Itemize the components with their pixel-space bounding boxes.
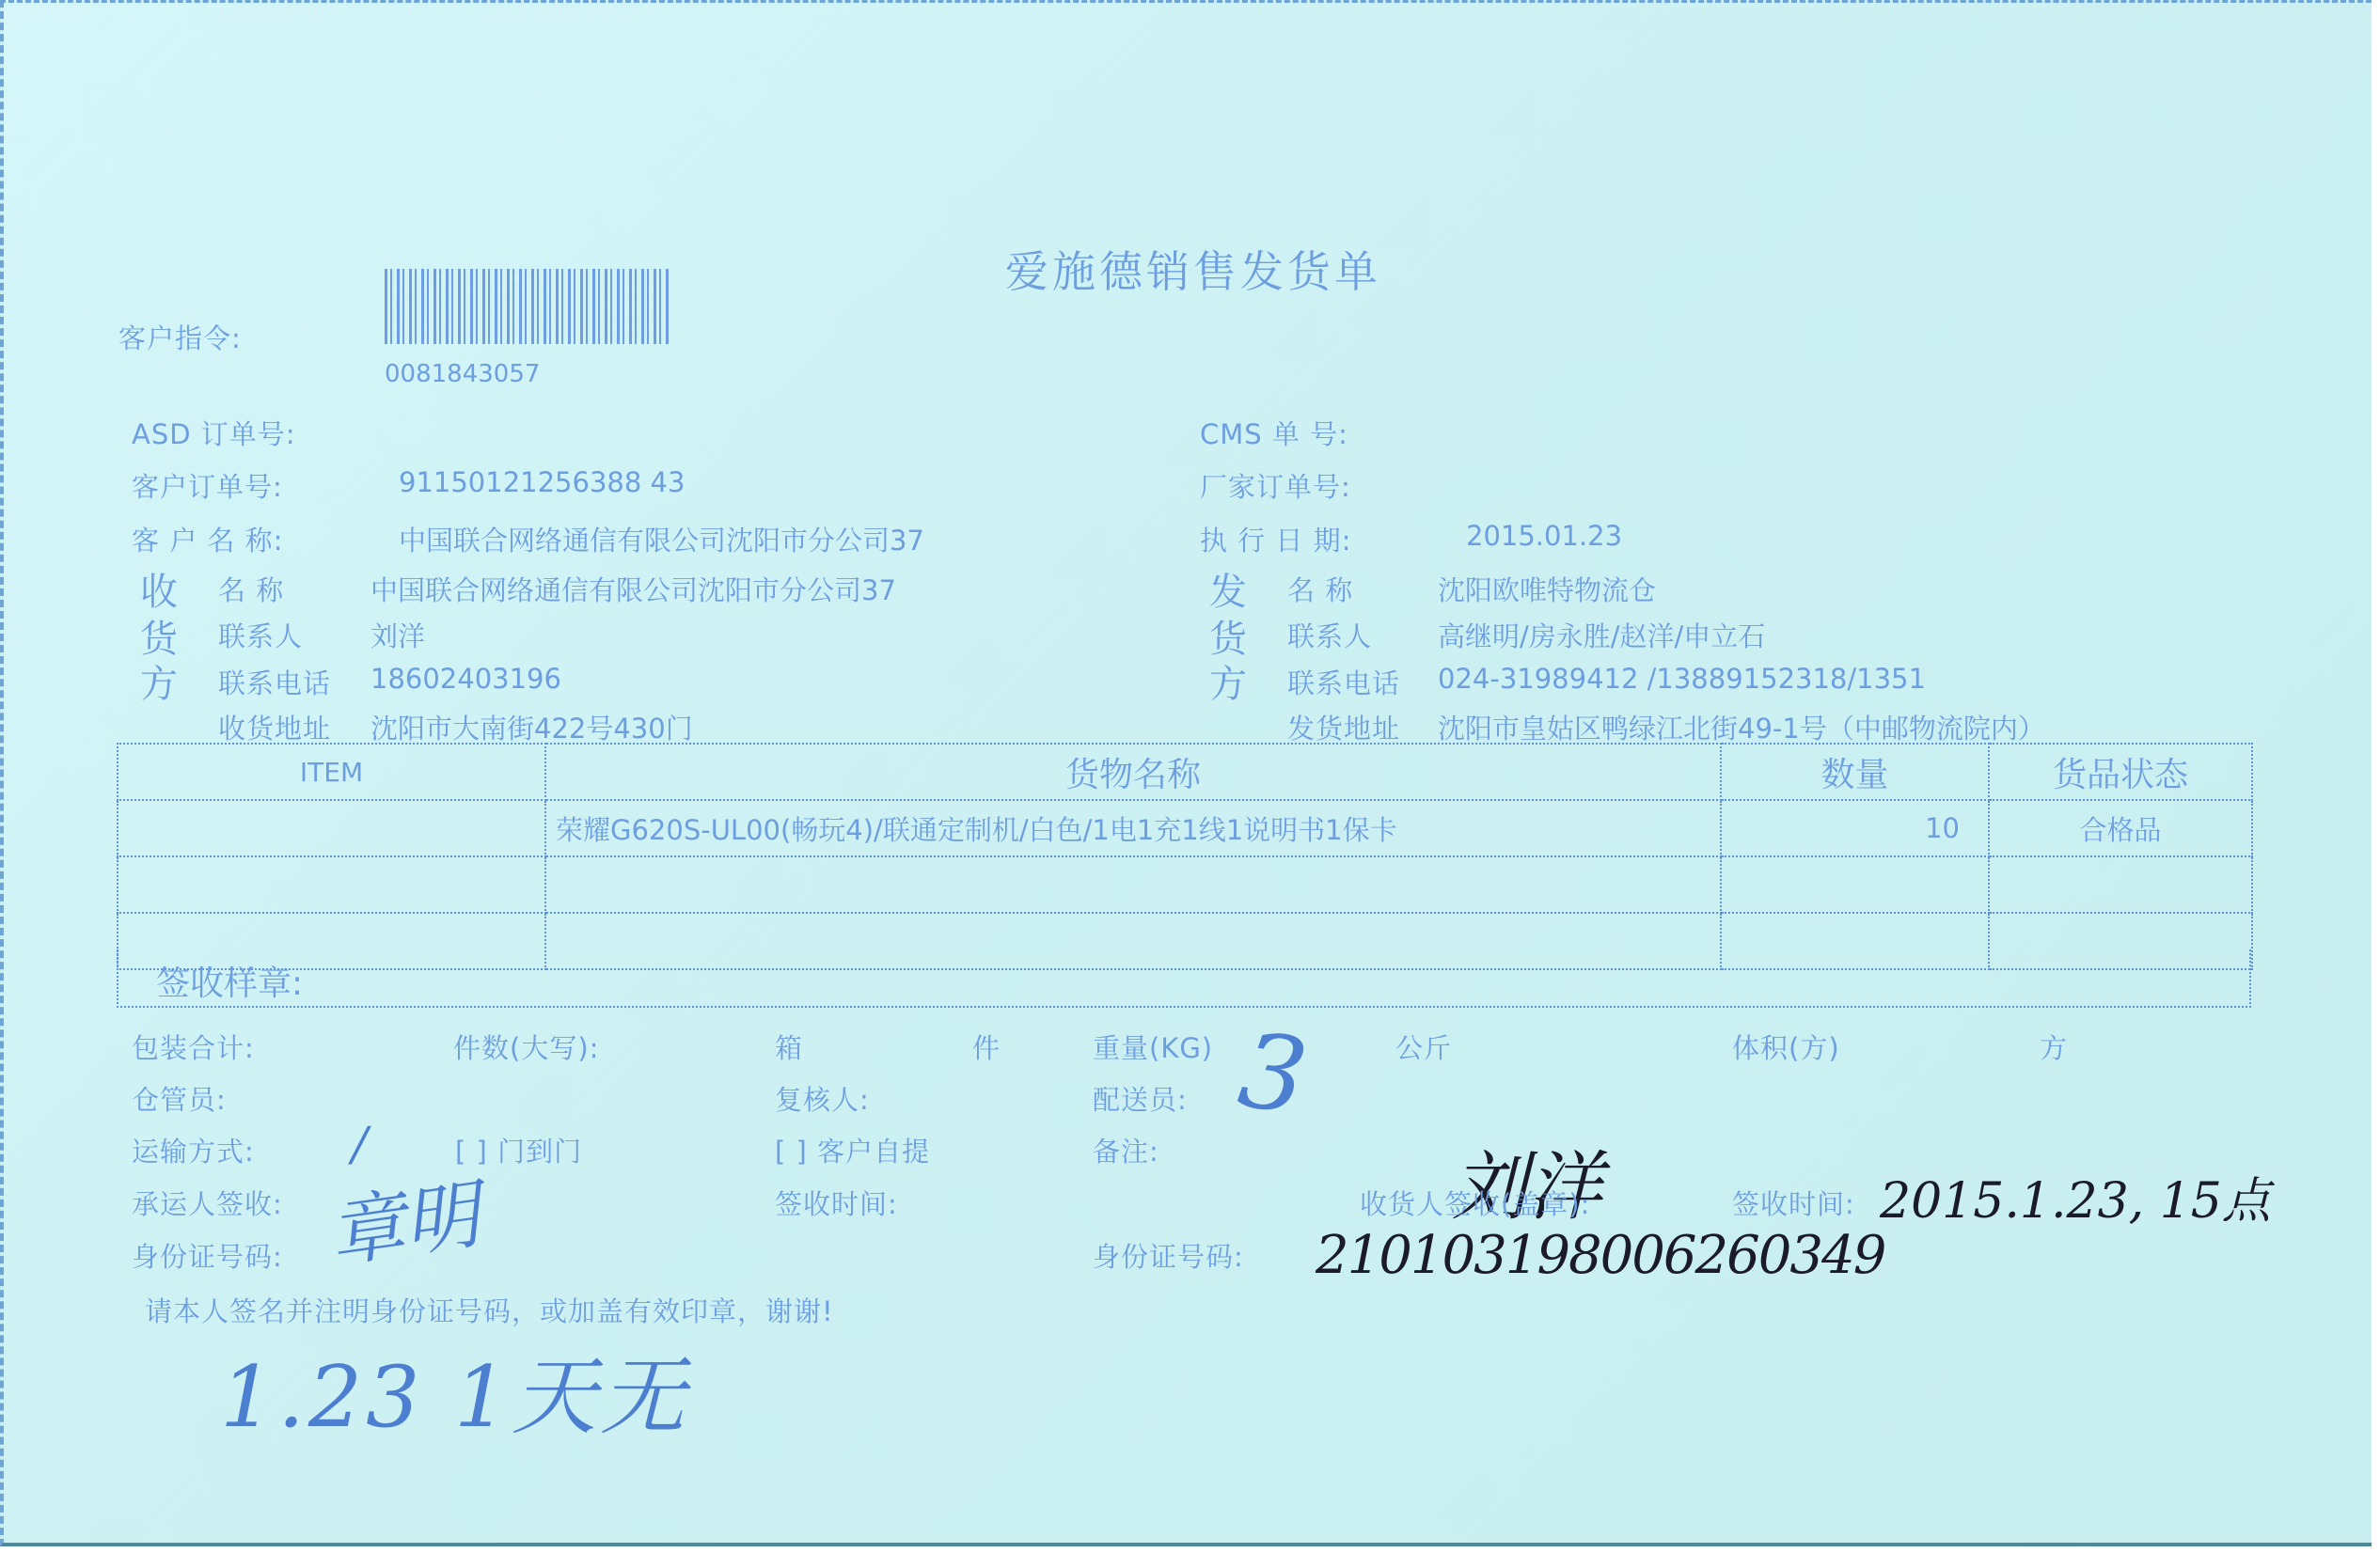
self-pickup-option[interactable]: [ ] 客户自提	[775, 1131, 930, 1169]
weight-label: 重量(KG)	[1093, 1027, 1213, 1066]
door-to-door-option[interactable]: [ ] 门到门	[455, 1131, 582, 1169]
cell-quantity: 10	[1721, 800, 1989, 856]
signature-notice: 请本人签名并注明身份证号码，或加盖有效印章，谢谢!	[145, 1291, 834, 1329]
sender-name-value: 沈阳欧唯特物流仓	[1438, 570, 1656, 608]
customer-instruction-label: 客户指令:	[118, 318, 242, 356]
customer-name-value: 中国联合网络通信有限公司沈阳市分公司37	[399, 520, 924, 558]
kg-unit: 公斤	[1395, 1027, 1452, 1066]
pieces-caps-label: 件数(大写):	[453, 1027, 599, 1066]
sender-contact-label: 联系人	[1287, 616, 1372, 654]
column-header-goods-name: 货物名称	[545, 744, 1721, 800]
receiver-address-label: 收货地址	[218, 708, 331, 746]
carrier-sign-label: 承运人签收:	[132, 1184, 283, 1222]
sender-phone-label: 联系电话	[1287, 663, 1400, 701]
receiver-name-label: 名 称	[218, 570, 284, 608]
receiver-name-value: 中国联合网络通信有限公司沈阳市分公司37	[370, 570, 896, 608]
volume-label: 体积(方)	[1732, 1027, 1840, 1066]
exec-date-label: 执 行 日 期:	[1200, 520, 1351, 558]
cell-item	[118, 856, 545, 913]
column-header-quantity: 数量	[1721, 744, 1989, 800]
cell-status: 合格品	[1989, 800, 2252, 856]
cell-item	[118, 800, 545, 856]
receiver-side-label-3: 方	[140, 654, 178, 708]
stamp-area: 签收样章:	[117, 949, 2251, 1008]
sender-phone-value: 024-31989412 /13889152318/1351	[1438, 663, 1926, 695]
sender-address-value: 沈阳市皇姑区鸭绿江北街49-1号（中邮物流院内）	[1438, 708, 2045, 746]
sender-side-label-1: 发	[1209, 562, 1247, 616]
remarks-label: 备注:	[1093, 1131, 1159, 1169]
cell-quantity	[1721, 856, 1989, 913]
delivery-note-paper: 爱施德销售发货单 客户指令: 0081843057 ASD 订单号: 客户订单号…	[0, 0, 2372, 1546]
document-title: 爱施德销售发货单	[1005, 238, 1381, 300]
table-row: 荣耀G620S-UL00(畅玩4)/联通定制机/白色/1电1充1线1说明书1保卡…	[118, 800, 2252, 856]
warehouse-keeper-label: 仓管员:	[132, 1079, 227, 1118]
customer-order-label: 客户订单号:	[132, 466, 283, 505]
transport-handwritten-mark: /	[352, 1117, 368, 1171]
table-row	[118, 856, 2252, 913]
barcode-image	[385, 269, 671, 344]
deliverer-label: 配送员:	[1093, 1079, 1188, 1118]
customer-order-value: 91150121256388 43	[399, 466, 685, 498]
receiver-phone-value: 18602403196	[370, 663, 561, 695]
carrier-id-label: 身份证号码:	[132, 1236, 283, 1275]
sender-address-label: 发货地址	[1287, 708, 1400, 746]
sender-contact-value: 高继明/房永胜/赵洋/申立石	[1438, 616, 1765, 654]
cell-status	[1989, 856, 2252, 913]
receiver-sign-label: 收货人签收(盖章):	[1360, 1184, 1590, 1222]
asd-order-label: ASD 订单号:	[132, 414, 296, 452]
receiver-address-value: 沈阳市大南街422号430门	[370, 708, 693, 746]
reviewer-label: 复核人:	[775, 1079, 870, 1118]
table-header-row: ITEM 货物名称 数量 货品状态	[118, 744, 2252, 800]
box-unit: 箱	[775, 1027, 803, 1066]
column-header-status: 货品状态	[1989, 744, 2252, 800]
column-header-item: ITEM	[118, 744, 545, 800]
transport-label: 运输方式:	[132, 1131, 255, 1169]
volume-unit: 方	[2040, 1027, 2068, 1066]
customer-name-label: 客 户 名 称:	[132, 520, 283, 558]
items-table: ITEM 货物名称 数量 货品状态 荣耀G620S-UL00(畅玩4)/联通定制…	[117, 743, 2253, 970]
cell-goods-name: 荣耀G620S-UL00(畅玩4)/联通定制机/白色/1电1充1线1说明书1保卡	[545, 800, 1721, 856]
cell-goods-name	[545, 856, 1721, 913]
package-total-label: 包装合计:	[132, 1027, 255, 1066]
cms-order-label: CMS 单 号:	[1200, 414, 1348, 452]
barcode-number: 0081843057	[385, 360, 540, 388]
receiver-side-label-1: 收	[140, 562, 178, 616]
receiver-contact-value: 刘洋	[370, 616, 425, 654]
bottom-handwritten-note: 1.23 1天无	[220, 1328, 688, 1451]
piece-unit: 件	[972, 1027, 1001, 1066]
stamp-label: 签收样章:	[156, 957, 303, 1005]
receiver-phone-label: 联系电话	[218, 663, 331, 701]
carrier-time-label: 签收时间:	[775, 1184, 898, 1222]
receiver-id-label: 身份证号码:	[1093, 1236, 1244, 1275]
receiver-time-label: 签收时间:	[1732, 1184, 1855, 1222]
factory-order-label: 厂家订单号:	[1200, 466, 1351, 505]
receiver-time-handwritten: 2015.1.23, 15点	[1880, 1161, 2271, 1231]
receiver-contact-label: 联系人	[218, 616, 303, 654]
sender-side-label-3: 方	[1209, 654, 1247, 708]
carrier-signature: 章明	[322, 1153, 485, 1281]
weight-handwritten: 3	[1232, 1010, 1314, 1137]
exec-date-value: 2015.01.23	[1466, 520, 1622, 552]
receiver-id-handwritten: 210103198006260349	[1316, 1225, 1884, 1286]
sender-name-label: 名 称	[1287, 570, 1353, 608]
